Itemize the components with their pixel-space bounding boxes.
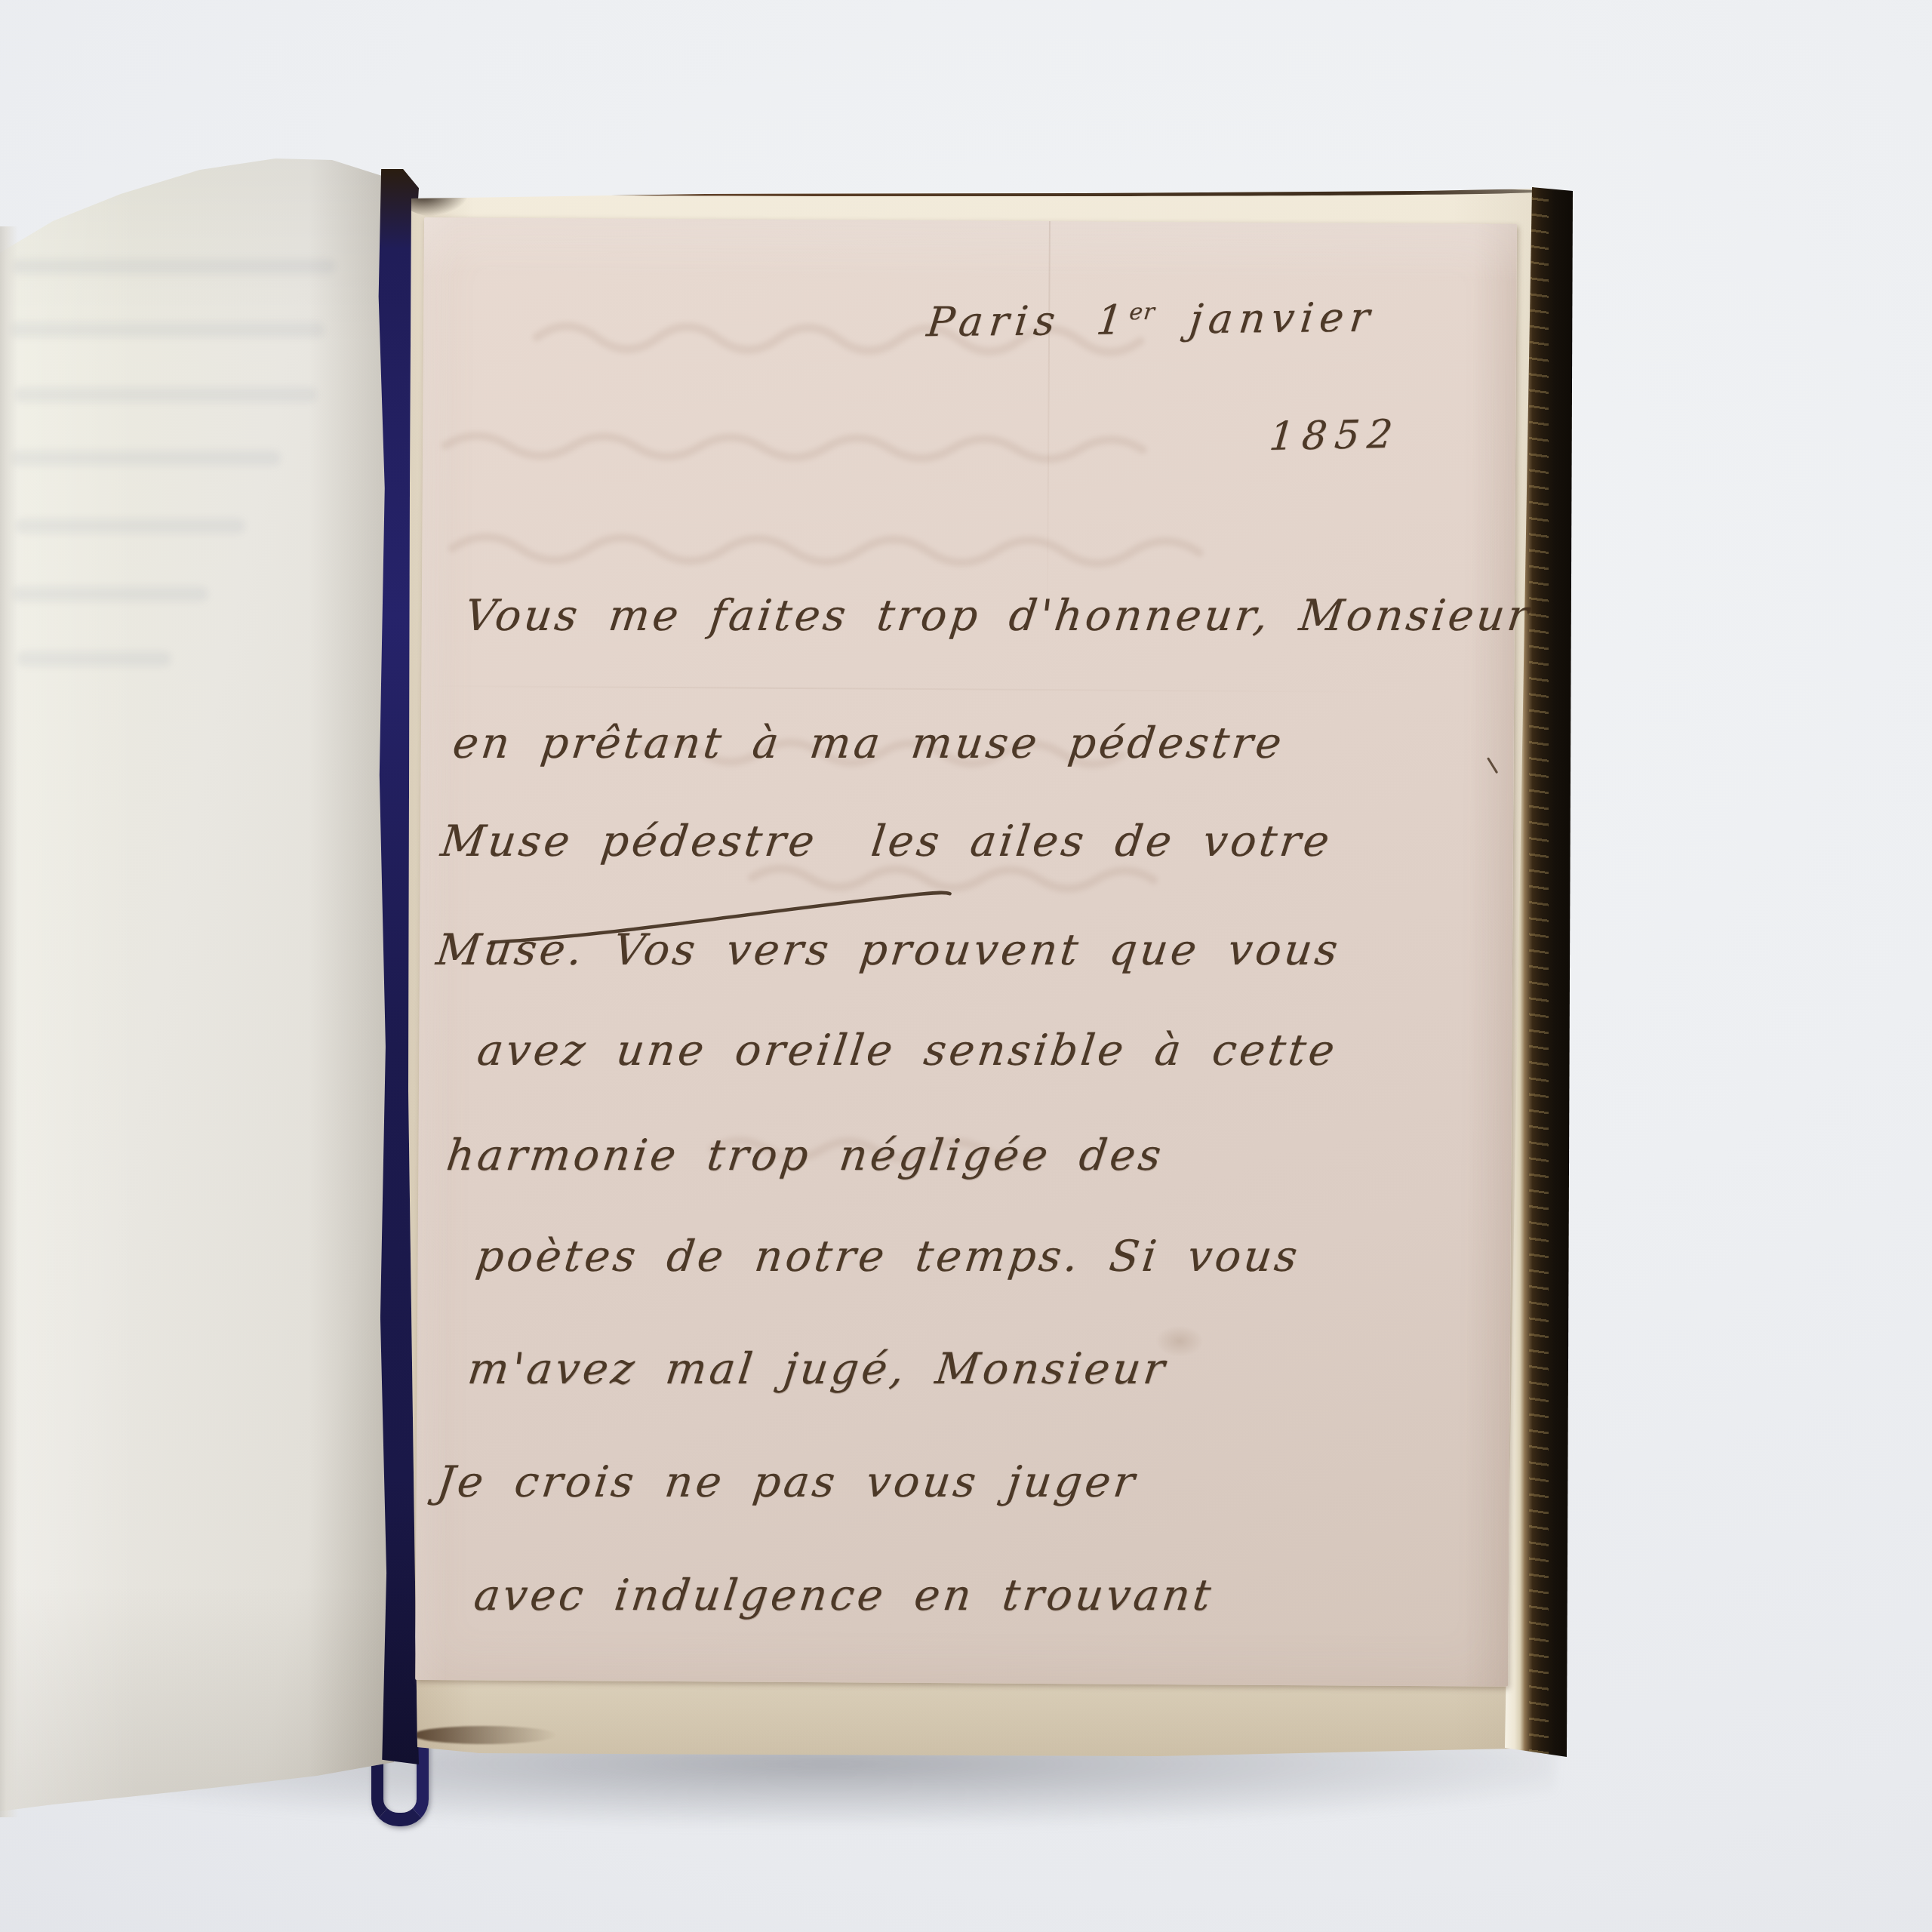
muse-underline xyxy=(415,217,1517,1687)
left-page-showthrough-line xyxy=(9,451,281,466)
left-page-showthrough-line xyxy=(8,322,325,337)
left-page-showthrough-line xyxy=(11,259,335,274)
left-page-showthrough-line xyxy=(15,518,245,534)
left-page xyxy=(0,147,395,1819)
album-top-rim xyxy=(405,186,1540,196)
photo-of-open-album: Paris 1er janvier 1852 Vous me faites tr… xyxy=(0,0,1932,1932)
gilt-tooling xyxy=(1529,186,1549,1758)
left-page-showthrough-line xyxy=(11,586,208,601)
left-page-showthrough-line xyxy=(14,387,317,402)
left-page-showthrough-line xyxy=(17,651,171,666)
album-burnt-corner xyxy=(413,1726,556,1744)
letter-paper: Paris 1er janvier 1852 Vous me faites tr… xyxy=(415,217,1517,1687)
left-page-fore-edge xyxy=(0,226,18,1817)
